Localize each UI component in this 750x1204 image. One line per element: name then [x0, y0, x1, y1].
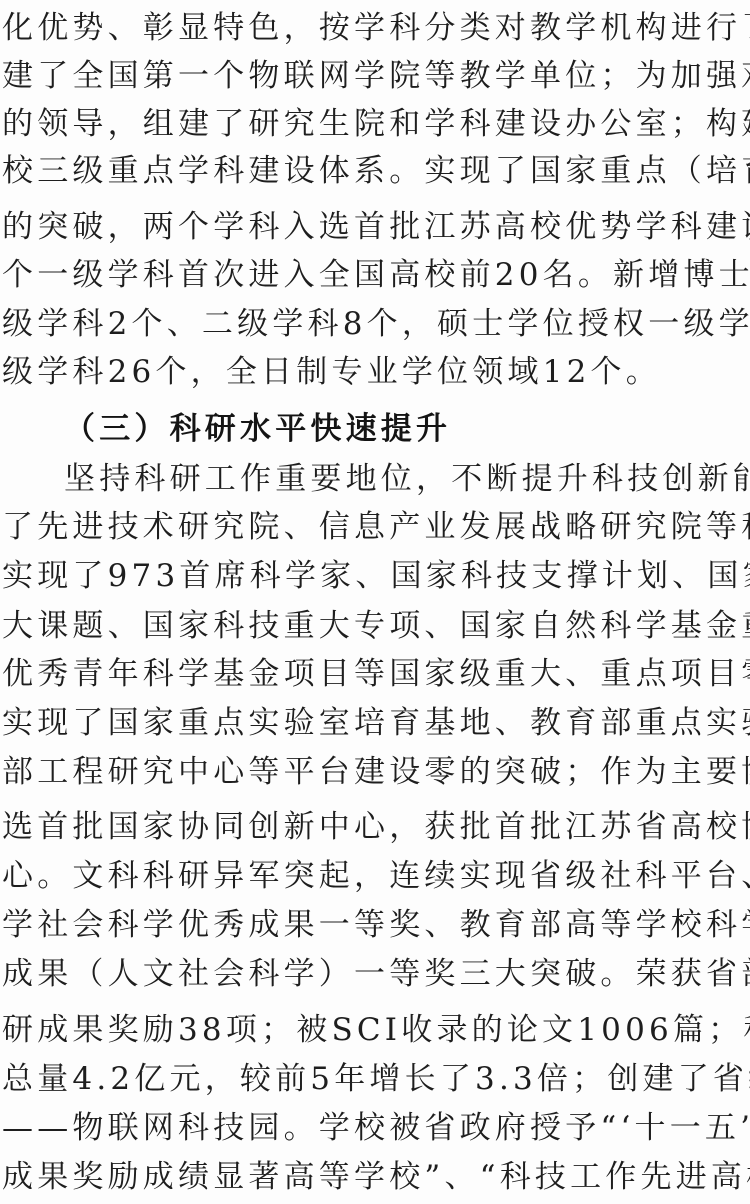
paragraph-line: ——物联网科技园。学校被省政府授予“‘十一五’获重大科技	[2, 1104, 750, 1152]
paragraph-line: 学社会科学优秀成果一等奖、教育部高等学校科学研究优秀	[2, 901, 750, 949]
paragraph-line: 优秀青年科学基金项目等国家级重大、重点项目零的突破；	[2, 650, 750, 698]
paragraph-line: 心。文科科研异军突起，连续实现省级社科平台、江苏省哲	[2, 852, 750, 900]
paragraph-line: 成果奖励成绩显著高等学校”、“科技工作先进高校”等荣誉称	[2, 1153, 750, 1201]
paragraph-line: 坚持科研工作重要地位，不断提升科技创新能力。创建	[64, 455, 750, 503]
paragraph-line: 个一级学科首次进入全国高校前20名。新增博士学位授权一	[2, 251, 750, 299]
paragraph-line: 部工程研究中心等平台建设零的突破；作为主要协同单位入	[2, 748, 750, 796]
paragraph-line: 校三级重点学科建设体系。实现了国家重点（培育）学科零	[2, 147, 750, 195]
paragraph-line: 大课题、国家科技重大专项、国家自然科学基金重点项目、	[2, 602, 750, 650]
paragraph-line: 的领导，组建了研究生院和学科建设办公室；构建了国、省、	[2, 100, 750, 148]
paragraph-line: 总量4.2亿元，较前5年增长了3.3倍；创建了省级大学科技园	[2, 1055, 750, 1103]
paragraph-line: 选首批国家协同创新中心，获批首批江苏省高校协同创新中	[2, 803, 750, 851]
paragraph-line: 了先进技术研究院、信息产业发展战略研究院等科研机构。	[2, 503, 750, 551]
document-page: 化优势、彰显特色，按学科分类对教学机构进行了调整，创 建了全国第一个物联网学院等…	[0, 0, 750, 1204]
paragraph-line: 化优势、彰显特色，按学科分类对教学机构进行了调整，创	[2, 4, 750, 52]
paragraph-line: 实现了国家重点实验室培育基地、教育部重点实验室、教育	[2, 699, 750, 747]
paragraph-line: 的突破，两个学科入选首批江苏高校优势学科建设项目，两	[2, 203, 750, 251]
paragraph-line: 建了全国第一个物联网学院等教学单位；为加强对学科建设	[2, 52, 750, 100]
paragraph-line: 实现了973首席科学家、国家科技支撑计划、国家863计划重	[2, 552, 750, 600]
paragraph-line: 级学科26个，全日制专业学位领域12个。	[2, 348, 750, 396]
section-heading: （三）科研水平快速提升	[64, 405, 750, 453]
paragraph-line: 级学科2个、二级学科8个，硕士学位授权一级学科6个、二	[2, 300, 750, 348]
paragraph-line: 研成果奖励38项；被SCI收录的论文1006篇；科研项目经费	[2, 1006, 750, 1054]
paragraph-line: 成果（人文社会科学）一等奖三大突破。荣获省部级以上科	[2, 950, 750, 998]
